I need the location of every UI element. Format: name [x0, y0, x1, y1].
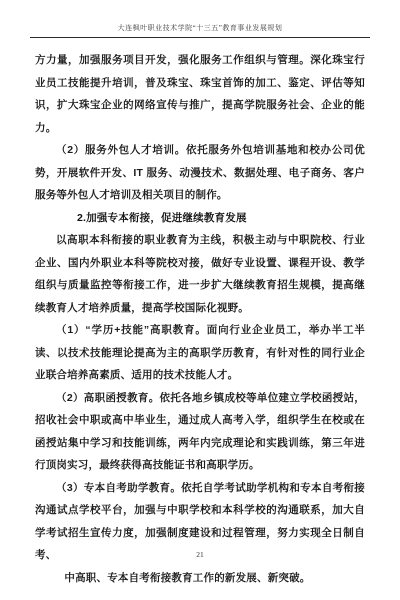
paragraph: （2）服务外包人才培训。依托服务外包培训基地和校办公司优势，开展软件开发、IT …: [35, 139, 365, 207]
page-number: 21: [0, 550, 400, 559]
paragraph: 方力量，加强服务项目开发，强化服务工作组织与管理。深化珠宝行业员工技能提升培训，…: [35, 49, 365, 139]
header-rule: [30, 37, 370, 38]
document-page: 大连枫叶职业技术学院“十三五”教育事业发展规划 方力量，加强服务项目开发，强化服…: [0, 0, 400, 600]
paragraph: （2）高职函授教育。依托各地乡镇成校等单位建立学校函授站，招收社会中职或高中毕业…: [35, 387, 365, 477]
running-header-title: 大连枫叶职业技术学院“十三五”教育事业发展规划: [30, 23, 370, 33]
paragraph: 以高职本科衔接的职业教育为主线，积极主动与中职院校、行业企业、国内外职业本科等院…: [35, 229, 365, 319]
section-heading: 2.加强专本衔接，促进继续教育发展: [35, 207, 365, 230]
paragraph: 中高职、专本自考衔接教育工作的新发展、新突破。: [35, 567, 365, 590]
paragraph: （1）“学历+技能”高职教育。面向行业企业员工，举办半工半读、以技术技能理论提高…: [35, 319, 365, 387]
document-body: 方力量，加强服务项目开发，强化服务工作组织与管理。深化珠宝行业员工技能提升培训，…: [35, 49, 365, 589]
